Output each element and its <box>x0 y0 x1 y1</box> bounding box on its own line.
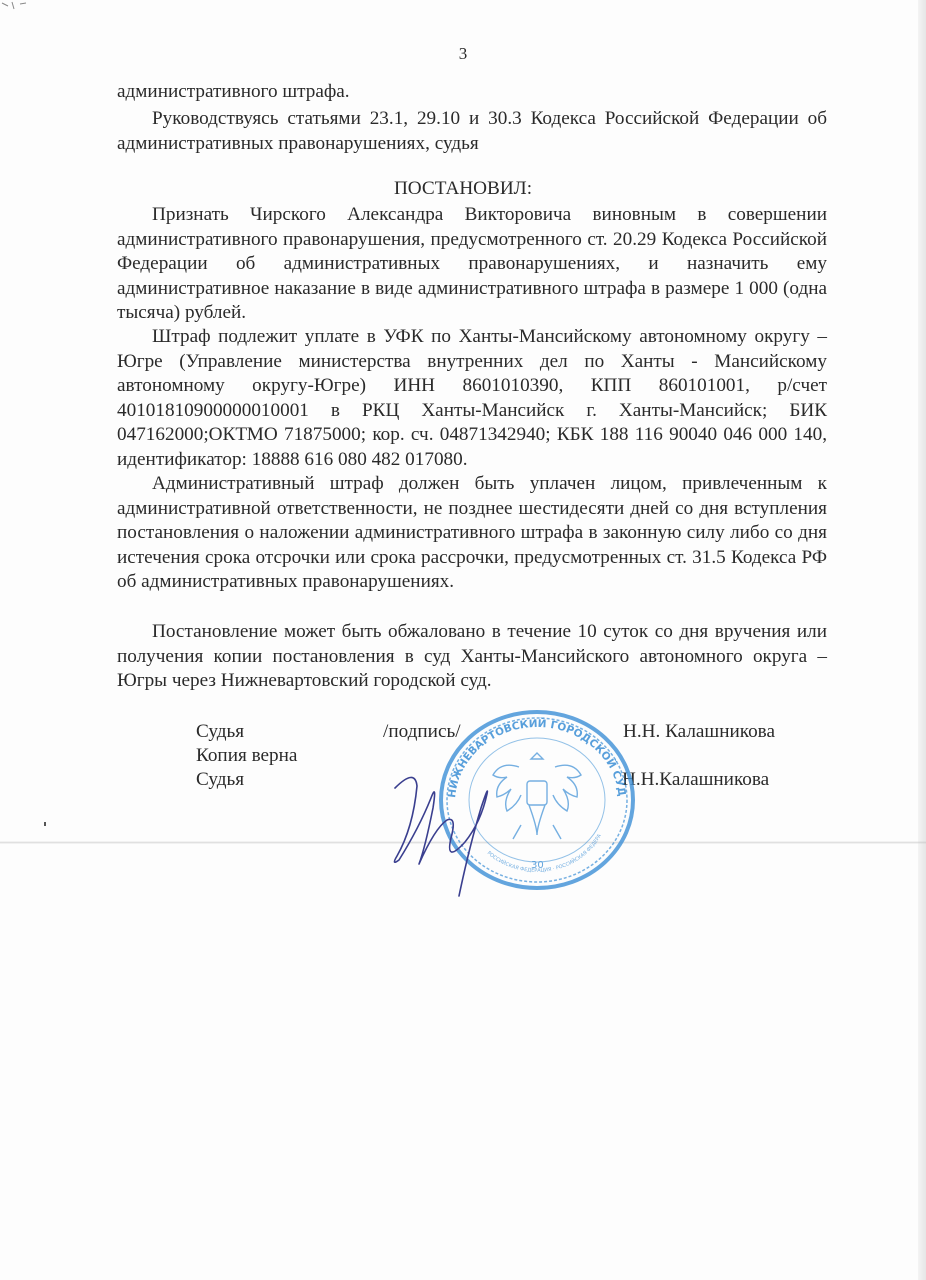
preamble: Руководствуясь статьями 23.1, 29.10 и 30… <box>117 107 827 156</box>
page-number: 3 <box>0 44 926 64</box>
judge-label-2: Судья <box>196 768 244 792</box>
continuation-text: административного штрафа. <box>117 80 827 105</box>
paragraph-text: Административный штраф должен быть уплач… <box>117 472 827 595</box>
paragraph-text: Признать Чирского Александра Викторовича… <box>117 203 827 326</box>
copy-certified-label: Копия верна <box>196 744 297 768</box>
judge-name: Н.Н. Калашникова <box>623 720 775 744</box>
paragraph-text: Постановление может быть обжаловано в те… <box>117 620 827 694</box>
judge-label: Судья <box>196 720 244 744</box>
continuation-line: административного штрафа. <box>117 80 827 105</box>
scan-corner-mark <box>0 0 30 12</box>
paragraph-payment-details: Штраф подлежит уплате в УФК по Ханты-Ман… <box>117 325 827 473</box>
paragraph-payment-deadline: Административный штраф должен быть уплач… <box>117 472 827 595</box>
paragraph-verdict: Признать Чирского Александра Викторовича… <box>117 203 827 326</box>
ruling-heading: ПОСТАНОВИЛ: <box>0 178 926 200</box>
scan-speck <box>44 822 46 826</box>
handwritten-signature-icon <box>385 768 505 898</box>
svg-text:30: 30 <box>531 860 544 871</box>
document-page: 3 административного штрафа. Руководствуя… <box>0 0 926 1280</box>
judge-name-2: Н.Н.Калашникова <box>622 768 769 792</box>
paragraph-appeal: Постановление может быть обжаловано в те… <box>117 620 827 694</box>
preamble-text: Руководствуясь статьями 23.1, 29.10 и 30… <box>117 107 827 156</box>
paragraph-text: Штраф подлежит уплате в УФК по Ханты-Ман… <box>117 325 827 473</box>
